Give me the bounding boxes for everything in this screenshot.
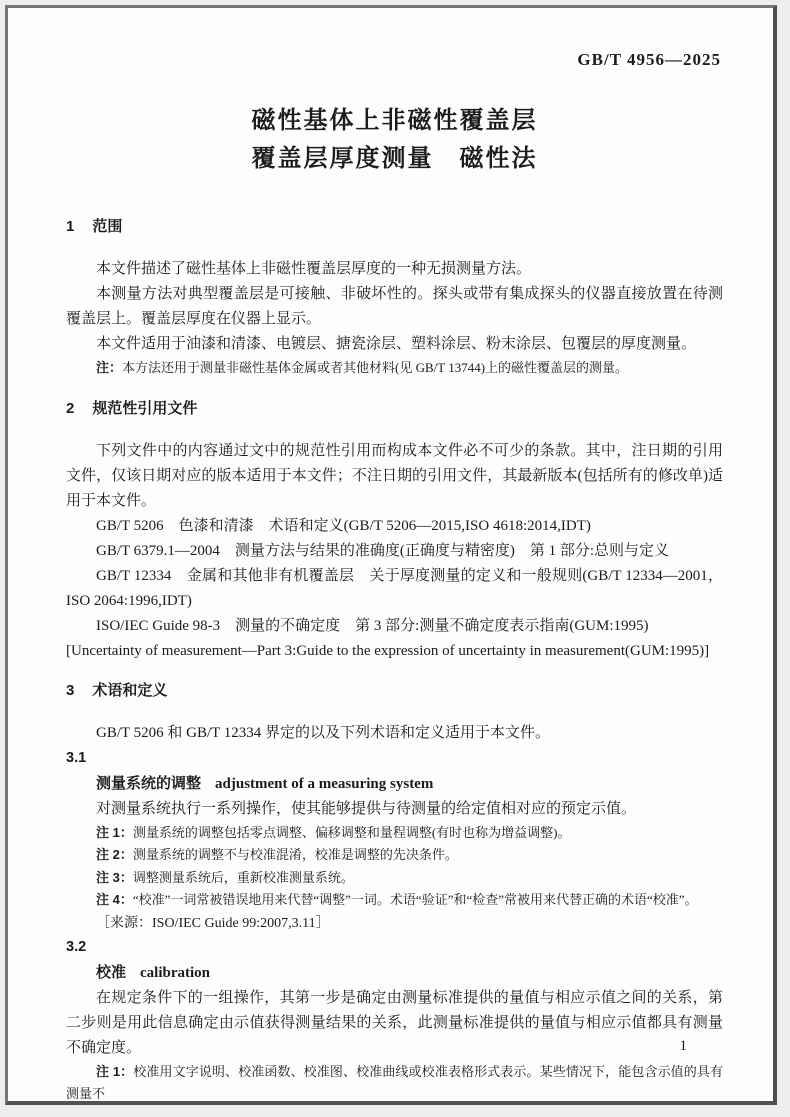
document-title: 磁性基体上非磁性覆盖层 覆盖层厚度测量 磁性法 <box>66 102 723 178</box>
term-3-2-english: calibration <box>140 965 210 981</box>
scope-note-label: 注： <box>96 360 122 375</box>
term-3-1-note-1: 注 1：测量系统的调整包括零点调整、偏移调整和量程调整(有时也称为增益调整)。 <box>66 822 723 845</box>
section-1-heading: 1范围 <box>66 216 723 238</box>
page-content: GB/T 4956—2025 磁性基体上非磁性覆盖层 覆盖层厚度测量 磁性法 1… <box>8 50 773 1105</box>
term-3-2-chinese: 校准 <box>96 964 126 981</box>
term-3-1-number: 3.1 <box>66 746 723 771</box>
section-2-number: 2 <box>66 400 74 417</box>
note-label: 注 2： <box>96 847 133 862</box>
standard-code: GB/T 4956—2025 <box>66 50 723 70</box>
document-page: GB/T 4956—2025 磁性基体上非磁性覆盖层 覆盖层厚度测量 磁性法 1… <box>5 5 777 1105</box>
section-3-title: 术语和定义 <box>92 682 167 699</box>
note-text: 测量系统的调整包括零点调整、偏移调整和量程调整(有时也称为增益调整)。 <box>133 825 571 840</box>
term-3-2-heading: 校准calibration <box>66 960 723 986</box>
note-label: 注 3： <box>96 870 133 885</box>
note-label: 注 4： <box>96 892 133 907</box>
scope-paragraph-1: 本文件描述了磁性基体上非磁性覆盖层厚度的一种无损测量方法。 <box>66 257 723 282</box>
scope-note: 注：本方法还用于测量非磁性基体金属或者其他材料(见 GB/T 13744)上的磁… <box>66 357 723 380</box>
note-label: 注 1： <box>96 825 133 840</box>
note-text: 调整测量系统后，重新校准测量系统。 <box>133 870 354 885</box>
term-3-2-number: 3.2 <box>66 935 723 960</box>
normative-references-intro: 下列文件中的内容通过文中的规范性引用而构成本文件必不可少的条款。其中，注日期的引… <box>66 439 723 514</box>
reference-item-english: [Uncertainty of measurement—Part 3:Guide… <box>66 639 723 664</box>
term-3-1-chinese: 测量系统的调整 <box>96 775 201 792</box>
reference-item: GB/T 6379.1—2004 测量方法与结果的准确度(正确度与精密度) 第 … <box>66 539 723 564</box>
document-title-line1: 磁性基体上非磁性覆盖层 <box>66 102 723 140</box>
section-2-heading: 2规范性引用文件 <box>66 398 723 420</box>
scope-paragraph-2: 本测量方法对典型覆盖层是可接触、非破坏性的。探头或带有集成探头的仪器直接放置在待… <box>66 282 723 332</box>
term-3-2-definition: 在规定条件下的一组操作，其第一步是确定由测量标准提供的量值与相应示值之间的关系，… <box>66 986 723 1061</box>
term-3-1-heading: 测量系统的调整adjustment of a measuring system <box>66 771 723 797</box>
reference-item: ISO/IEC Guide 98-3 测量的不确定度 第 3 部分:测量不确定度… <box>66 614 723 639</box>
page-number: 1 <box>680 1038 688 1055</box>
note-text: 校准用文字说明、校准函数、校准图、校准曲线或校准表格形式表示。某些情况下，能包含… <box>66 1064 723 1102</box>
section-1-title: 范围 <box>92 218 122 235</box>
term-3-1-note-3: 注 3：调整测量系统后，重新校准测量系统。 <box>66 867 723 890</box>
note-text: “校准”一词常被错误地用来代替“调整”一词。术语“验证”和“检查”常被用来代替正… <box>133 892 698 907</box>
section-2-title: 规范性引用文件 <box>92 400 197 417</box>
note-text: 测量系统的调整不与校准混淆，校准是调整的先决条件。 <box>133 847 458 862</box>
term-3-1-source: ［来源：ISO/IEC Guide 99:2007,3.11］ <box>66 912 723 935</box>
term-3-2-note-1: 注 1：校准用文字说明、校准函数、校准图、校准曲线或校准表格形式表示。某些情况下… <box>66 1061 723 1106</box>
section-3-number: 3 <box>66 682 74 699</box>
terms-intro: GB/T 5206 和 GB/T 12334 界定的以及下列术语和定义适用于本文… <box>66 721 723 746</box>
note-label: 注 1： <box>96 1064 133 1079</box>
document-title-line2: 覆盖层厚度测量 磁性法 <box>66 140 723 178</box>
section-1-number: 1 <box>66 218 74 235</box>
reference-item: GB/T 12334 金属和其他非有机覆盖层 关于厚度测量的定义和一般规则(GB… <box>66 564 723 614</box>
term-3-1-note-4: 注 4：“校准”一词常被错误地用来代替“调整”一词。术语“验证”和“检查”常被用… <box>66 889 723 912</box>
section-3-heading: 3术语和定义 <box>66 680 723 702</box>
term-3-1-definition: 对测量系统执行一系列操作，使其能够提供与待测量的给定值相对应的预定示值。 <box>66 797 723 822</box>
term-3-1-note-2: 注 2：测量系统的调整不与校准混淆，校准是调整的先决条件。 <box>66 844 723 867</box>
scope-paragraph-3: 本文件适用于油漆和清漆、电镀层、搪瓷涂层、塑料涂层、粉末涂层、包覆层的厚度测量。 <box>66 332 723 357</box>
reference-item: GB/T 5206 色漆和清漆 术语和定义(GB/T 5206—2015,ISO… <box>66 514 723 539</box>
scope-note-text: 本方法还用于测量非磁性基体金属或者其他材料(见 GB/T 13744)上的磁性覆… <box>122 360 628 375</box>
term-3-1-english: adjustment of a measuring system <box>215 776 433 792</box>
